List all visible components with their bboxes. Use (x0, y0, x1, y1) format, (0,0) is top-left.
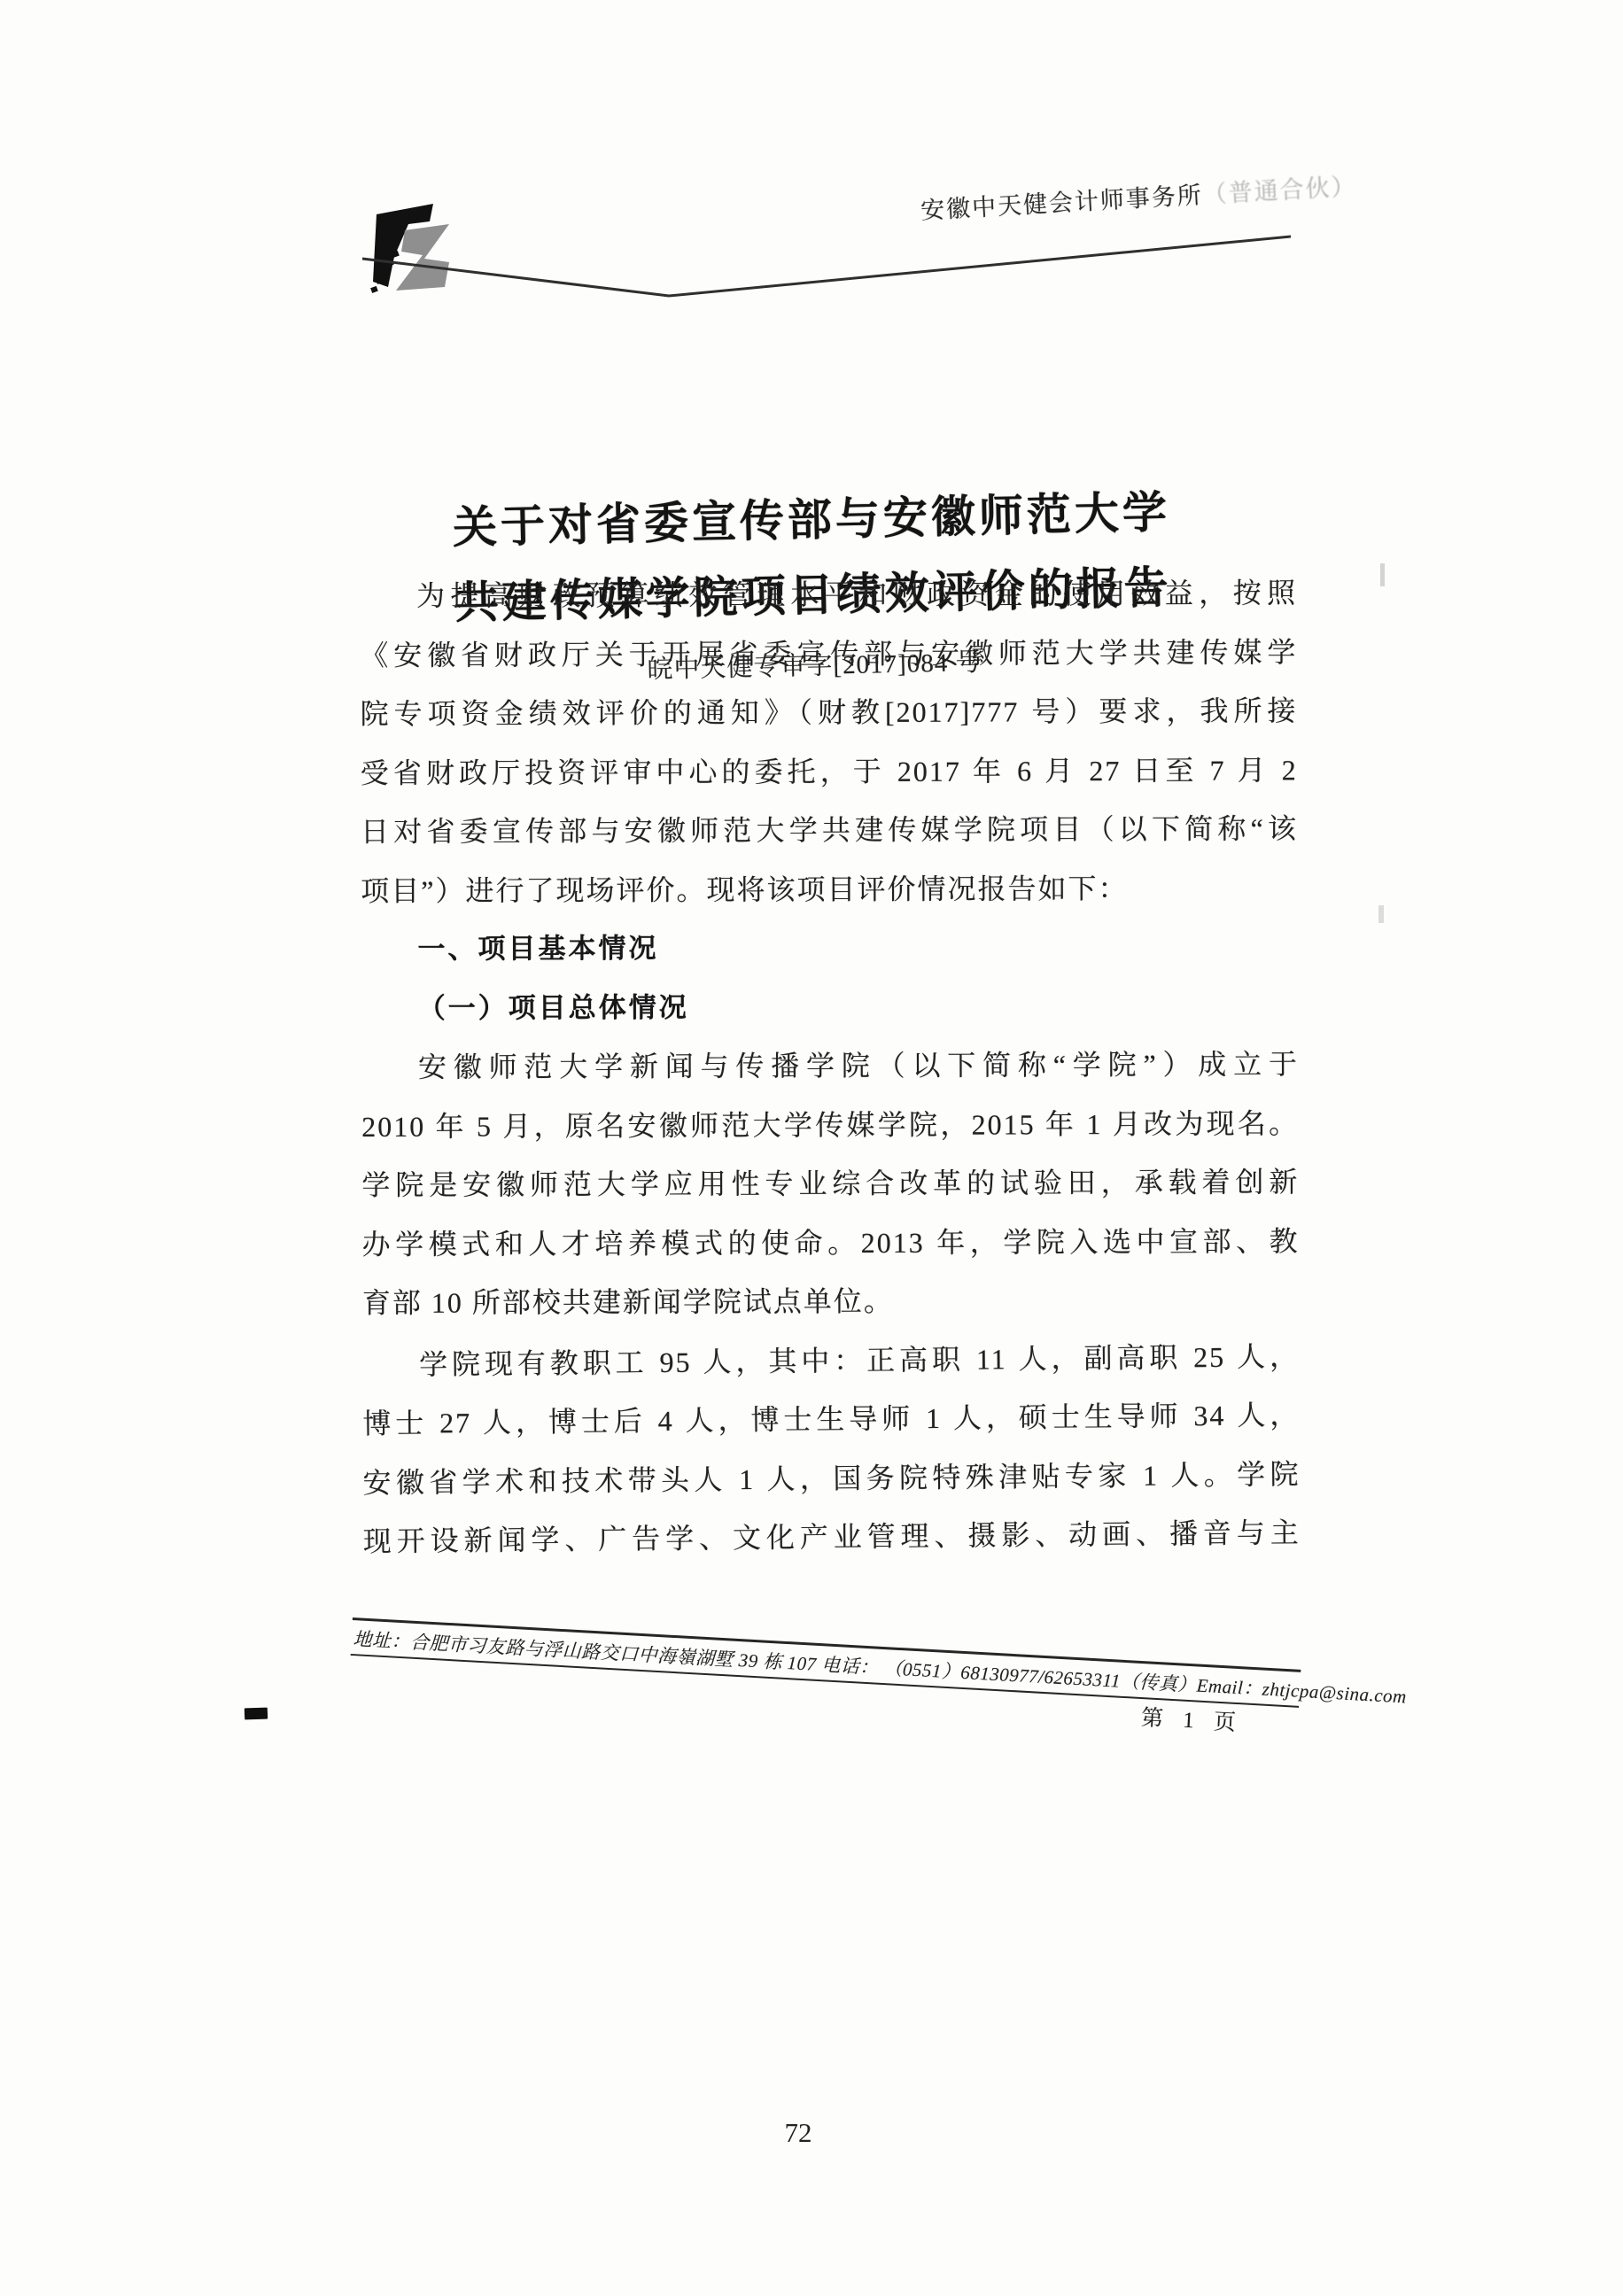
body-line: 育部 10 所部校共建新闻学院试点单位。 (362, 1281, 1300, 1323)
body-line: 现开设新闻学、广告学、文化产业管理、摄影、动画、播音与主 (363, 1514, 1301, 1562)
report-body: 为提高财政预算绩效管理水平和财政资金的使用效益，按照 《安徽省财政厅关于开展省委… (360, 574, 1301, 1587)
body-line: 办学模式和人才培养模式的使命。2013 年，学院入选中宣部、教 (362, 1222, 1300, 1265)
body-line: 日对省委宣传部与安徽师范大学共建传媒学院项目（以下简称“该 (361, 810, 1298, 852)
body-line: 2010 年 5 月，原名安徽师范大学传媒学院，2015 年 1 月改为现名。 (361, 1105, 1299, 1147)
body-line: 项目”）进行了现场评价。现将该项目评价情况报告如下： (361, 869, 1298, 911)
header-rule (350, 221, 1302, 319)
body-line: 学院是安徽师范大学应用性专业综合改革的试验田，承载着创新 (361, 1163, 1299, 1206)
subsection-heading: （一）项目总体情况 (361, 987, 1355, 1029)
scanned-report-page: { "header": { "logo": "tz-accounting-fir… (0, 0, 1623, 2296)
body-line: 为提高财政预算绩效管理水平和财政资金的使用效益，按照 (360, 574, 1297, 617)
body-line: 受省财政厅投资评审中心的委托，于 2017 年 6 月 27 日至 7 月 2 (361, 751, 1298, 794)
body-line: 安徽师范大学新闻与传播学院（以下简称“学院”）成立于 (361, 1045, 1299, 1088)
page-footer: 地址：合肥市习友路与浮山路交口中海嶺湖墅 39 栋 107 电话： （0551）… (351, 1617, 1301, 1708)
body-line: 学院现有教职工 95 人，其中：正高职 11 人，副高职 25 人， (362, 1338, 1300, 1385)
body-line: 院专项资金绩效评价的通知》（财教[2017]777 号）要求，我所接 (360, 692, 1297, 734)
firm-name-faded-text: （普通合伙） (1202, 173, 1357, 208)
firm-name-header: 安徽中天健会计师事务所（普通合伙） (920, 171, 1293, 226)
scan-artifact-smudge (1380, 563, 1385, 586)
footer-page-label: 第 1 页 (1140, 1700, 1244, 1737)
page-number: 72 (758, 2117, 838, 2149)
body-line: 博士 27 人，博士后 4 人，博士生导师 1 人，硕士生导师 34 人， (362, 1396, 1300, 1444)
scan-artifact-smudge (1378, 905, 1384, 923)
body-line: 安徽省学术和技术带头人 1 人，国务院特殊津贴专家 1 人。学院 (362, 1455, 1300, 1503)
firm-name-text: 安徽中天健会计师事务所 (920, 182, 1203, 224)
scan-artifact-dash (245, 1708, 268, 1720)
body-line: 《安徽省财政厅关于开展省委宣传部与安徽师范大学共建传媒学 (360, 633, 1297, 676)
section-heading: 一、项目基本情况 (361, 927, 1355, 970)
